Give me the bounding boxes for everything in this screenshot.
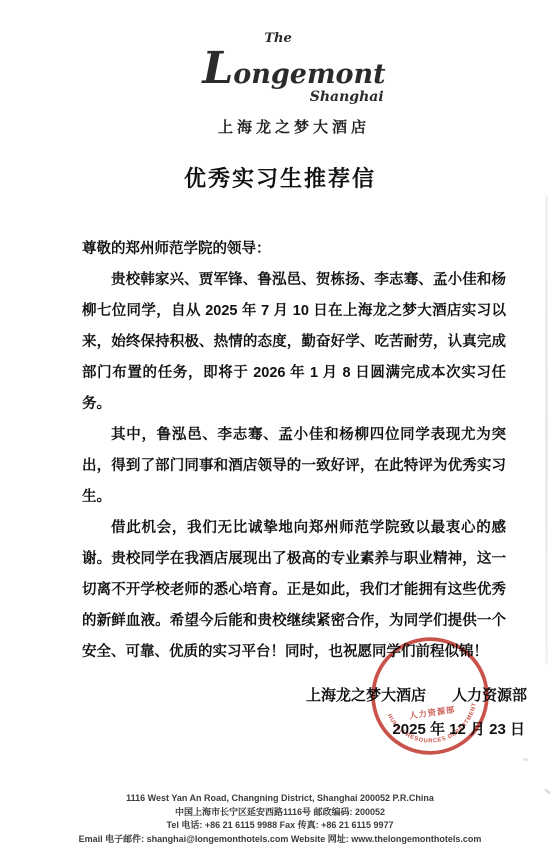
letter-body: 尊敬的郑州师范学院的领导： 贵校韩家兴、贾军锋、鲁泓邑、贺栋扬、李志骞、孟小佳和…: [82, 234, 506, 668]
paragraph-2: 其中，鲁泓邑、李志骞、孟小佳和杨柳四位同学表现尤为突出，得到了部门同事和酒店领导…: [82, 420, 506, 513]
hotel-logo: The Longemont Shanghai 上海龙之梦大酒店: [202, 32, 385, 137]
scan-artifact-speck: [523, 758, 528, 761]
letterhead-footer: 1116 West Yan An Road, Changning Distric…: [0, 792, 560, 846]
hotel-logo-script: The Longemont Shanghai: [202, 32, 385, 105]
footer-email-website: Email 电子邮件: shanghai@longemonthotels.com…: [0, 833, 560, 847]
salutation: 尊敬的郑州师范学院的领导：: [82, 234, 506, 265]
seal-inner-text: 龙之梦大酒店: [402, 752, 481, 765]
logo-name-text: Longemont: [202, 32, 385, 96]
letter-page: The Longemont Shanghai 上海龙之梦大酒店 优秀实习生推荐信…: [0, 0, 560, 854]
footer-address-cn: 中国上海市长宁区延安西路1116号 邮政编码: 200052: [0, 806, 560, 820]
seal-center-text: 人力资源部: [409, 704, 456, 720]
company-seal-stamp: 上海长峰酒店管理有限公司 龙之梦大酒店 人力资源部 HUMAN RESOURCE…: [361, 627, 499, 765]
scan-artifact-streak: [545, 195, 548, 665]
logo-the-text: The: [264, 31, 291, 46]
footer-tel-fax: Tel 电话: +86 21 6115 9988 Fax 传真: +86 21 …: [0, 819, 560, 833]
letter-title: 优秀实习生推荐信: [0, 162, 560, 193]
footer-address-en: 1116 West Yan An Road, Changning Distric…: [0, 792, 560, 806]
svg-text:龙之梦大酒店: 龙之梦大酒店: [402, 752, 481, 765]
hotel-name-chinese: 上海龙之梦大酒店: [202, 116, 385, 137]
paragraph-1: 贵校韩家兴、贾军锋、鲁泓邑、贺栋扬、李志骞、孟小佳和杨柳七位同学，自从 2025…: [82, 265, 506, 420]
